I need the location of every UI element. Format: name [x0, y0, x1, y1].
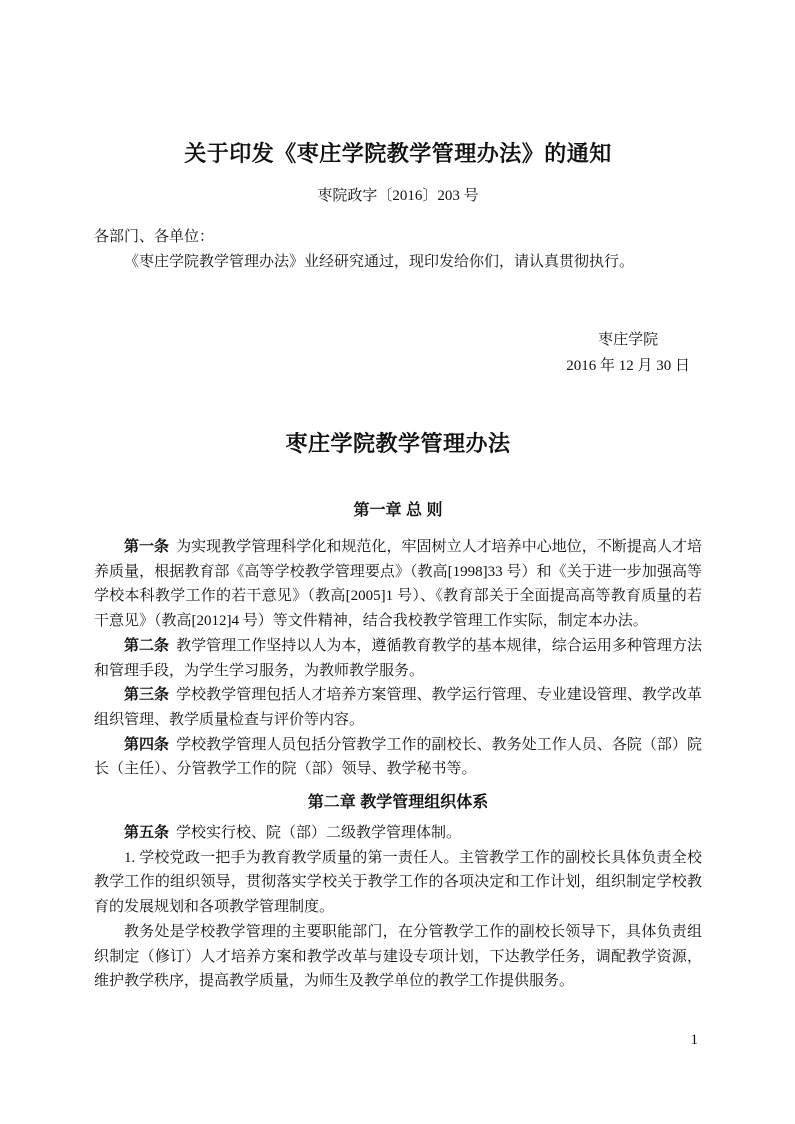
article-1: 第一条为实现教学管理科学化和规范化，牢固树立人才培养中心地位，不断提高人才培养质…	[94, 535, 702, 634]
article-5: 第五条学校实行校、院（部）二级教学管理体制。	[94, 821, 702, 846]
chapter-2-paragraph-2: 教务处是学校教学管理的主要职能部门，在分管教学工作的副校长领导下，具体负责组织制…	[94, 920, 702, 994]
article-4: 第四条学校教学管理人员包括分管教学工作的副校长、教务处工作人员、各院（部）院长（…	[94, 733, 702, 782]
regulation-title: 枣庄学院教学管理办法	[94, 429, 702, 459]
salutation: 各部门、各单位：	[94, 225, 702, 250]
article-2-text: 教学管理工作坚持以人为本，遵循教育教学的基本规律，综合运用多种管理方法和管理手段…	[94, 638, 702, 679]
article-4-text: 学校教学管理人员包括分管教学工作的副校长、教务处工作人员、各院（部）院长（主任）…	[94, 737, 702, 778]
article-5-text: 学校实行校、院（部）二级教学管理体制。	[176, 825, 461, 841]
notice-title: 关于印发《枣庄学院教学管理办法》的通知	[94, 140, 702, 168]
article-2-label: 第二条	[124, 637, 169, 654]
signer-name: 枣庄学院	[566, 327, 690, 353]
article-2: 第二条教学管理工作坚持以人为本，遵循教育教学的基本规律，综合运用多种管理方法和管…	[94, 634, 702, 683]
article-1-label: 第一条	[124, 538, 169, 555]
chapter-2-heading: 第二章 教学管理组织体系	[94, 791, 702, 815]
sign-date: 2016 年 12 月 30 日	[566, 353, 690, 379]
article-5-label: 第五条	[124, 824, 169, 841]
page-number: 1	[691, 1032, 699, 1048]
article-3-label: 第三条	[124, 686, 169, 703]
signature-block: 枣庄学院 2016 年 12 月 30 日	[566, 327, 690, 379]
chapter-2-paragraph-1: 1. 学校党政一把手为教育教学质量的第一责任人。主管教学工作的副校长具体负责全校…	[94, 846, 702, 920]
article-4-label: 第四条	[124, 736, 169, 753]
document-page: 关于印发《枣庄学院教学管理办法》的通知 枣院政字〔2016〕203 号 各部门、…	[0, 0, 795, 1124]
notice-body: 《枣庄学院教学管理办法》业经研究通过，现印发给你们，请认真贯彻执行。	[94, 250, 702, 275]
article-3: 第三条学校教学管理包括人才培养方案管理、教学运行管理、专业建设管理、教学改革组织…	[94, 683, 702, 732]
article-1-text: 为实现教学管理科学化和规范化，牢固树立人才培养中心地位，不断提高人才培养质量，根…	[94, 539, 702, 629]
chapter-1-heading: 第一章 总 则	[94, 499, 702, 523]
document-number: 枣院政字〔2016〕203 号	[94, 186, 702, 206]
article-3-text: 学校教学管理包括人才培养方案管理、教学运行管理、专业建设管理、教学改革组织管理、…	[94, 687, 702, 728]
